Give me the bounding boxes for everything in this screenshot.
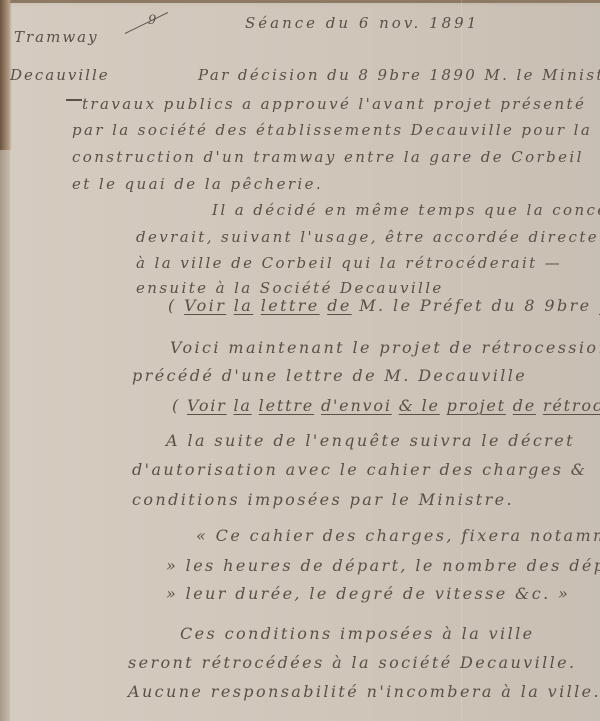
p3-line-2: précédé d'une lettre de M. Decauville: [132, 368, 527, 384]
quote-line-2: » les heures de départ, le nombre des dé…: [166, 558, 600, 574]
ref2-de: de: [513, 396, 536, 415]
p1-line-3: par la société des établissements Decauv…: [72, 123, 592, 138]
session-heading: Séance du 6 nov. 1891: [245, 16, 479, 31]
p1-line-5: et le quai de la pêcherie.: [72, 177, 323, 192]
p2-line-1: Il a décidé en même temps que la concess…: [212, 203, 600, 218]
ref1-lettre: lettre: [261, 296, 320, 315]
ref1-du: du: [491, 296, 516, 315]
p1-line-2: travaux publics a approuvé l'avant proje…: [82, 97, 586, 112]
ref1-de: de: [327, 296, 352, 315]
p5-line-1: Ces conditions imposées à la ville: [180, 626, 534, 642]
margin-dash: [66, 99, 82, 101]
ref1-prefet: M. le Préfet: [359, 296, 484, 315]
ref1-la: la: [234, 296, 253, 315]
p4-line-1: A la suite de l'enquête suivra le décret: [166, 433, 575, 449]
reference-prefect-letter: ( Voir la lettre de M. le Préfet du 8 9b…: [168, 298, 600, 314]
p1-line-4: construction d'un tramway entre la gare …: [72, 150, 584, 165]
reference-cover-letter: ( Voir la lettre d'envoi & le projet de …: [172, 398, 600, 414]
ref2-open-paren: (: [172, 396, 180, 415]
ref2-voir: Voir: [187, 396, 227, 415]
page-top-edge: [0, 0, 600, 3]
margin-label-tramway: Tramway: [14, 30, 99, 45]
ref2-denvoi: d'envoi: [321, 396, 392, 415]
ref1-open-paren: (: [168, 296, 177, 315]
ref2-projet: projet: [447, 396, 506, 415]
p4-line-2: d'autorisation avec le cahier des charge…: [132, 462, 587, 478]
quote-line-1: « Ce cahier des charges, fixera notammen…: [196, 528, 600, 544]
quote-line-3: » leur durée, le degré de vitesse &c. »: [166, 586, 570, 602]
p4-line-3: conditions imposées par le Ministre.: [132, 492, 514, 508]
ref2-retrocession: rétrocession: [543, 396, 600, 415]
p2-line-3: à la ville de Corbeil qui la rétrocédera…: [136, 256, 562, 271]
p3-line-1: Voici maintenant le projet de rétrocessi…: [170, 340, 600, 356]
p2-line-2: devrait, suivant l'usage, être accordée …: [136, 230, 600, 245]
p5-line-3: Aucune responsabilité n'incombera à la v…: [128, 684, 600, 700]
ref2-et-le: & le: [399, 396, 440, 415]
ref2-lettre: lettre: [259, 396, 314, 415]
margin-label-decauville: Decauville: [10, 68, 110, 83]
ref1-date: 8 9bre: [524, 296, 591, 315]
p2-line-4: ensuite à la Société Decauville: [136, 281, 444, 296]
ref2-la: la: [234, 396, 252, 415]
p5-line-2: seront rétrocédées à la société Decauvil…: [128, 655, 577, 671]
ref1-voir: Voir: [184, 296, 226, 315]
p1-line-1: Par décision du 8 9bre 1890 M. le Minist…: [198, 68, 600, 83]
